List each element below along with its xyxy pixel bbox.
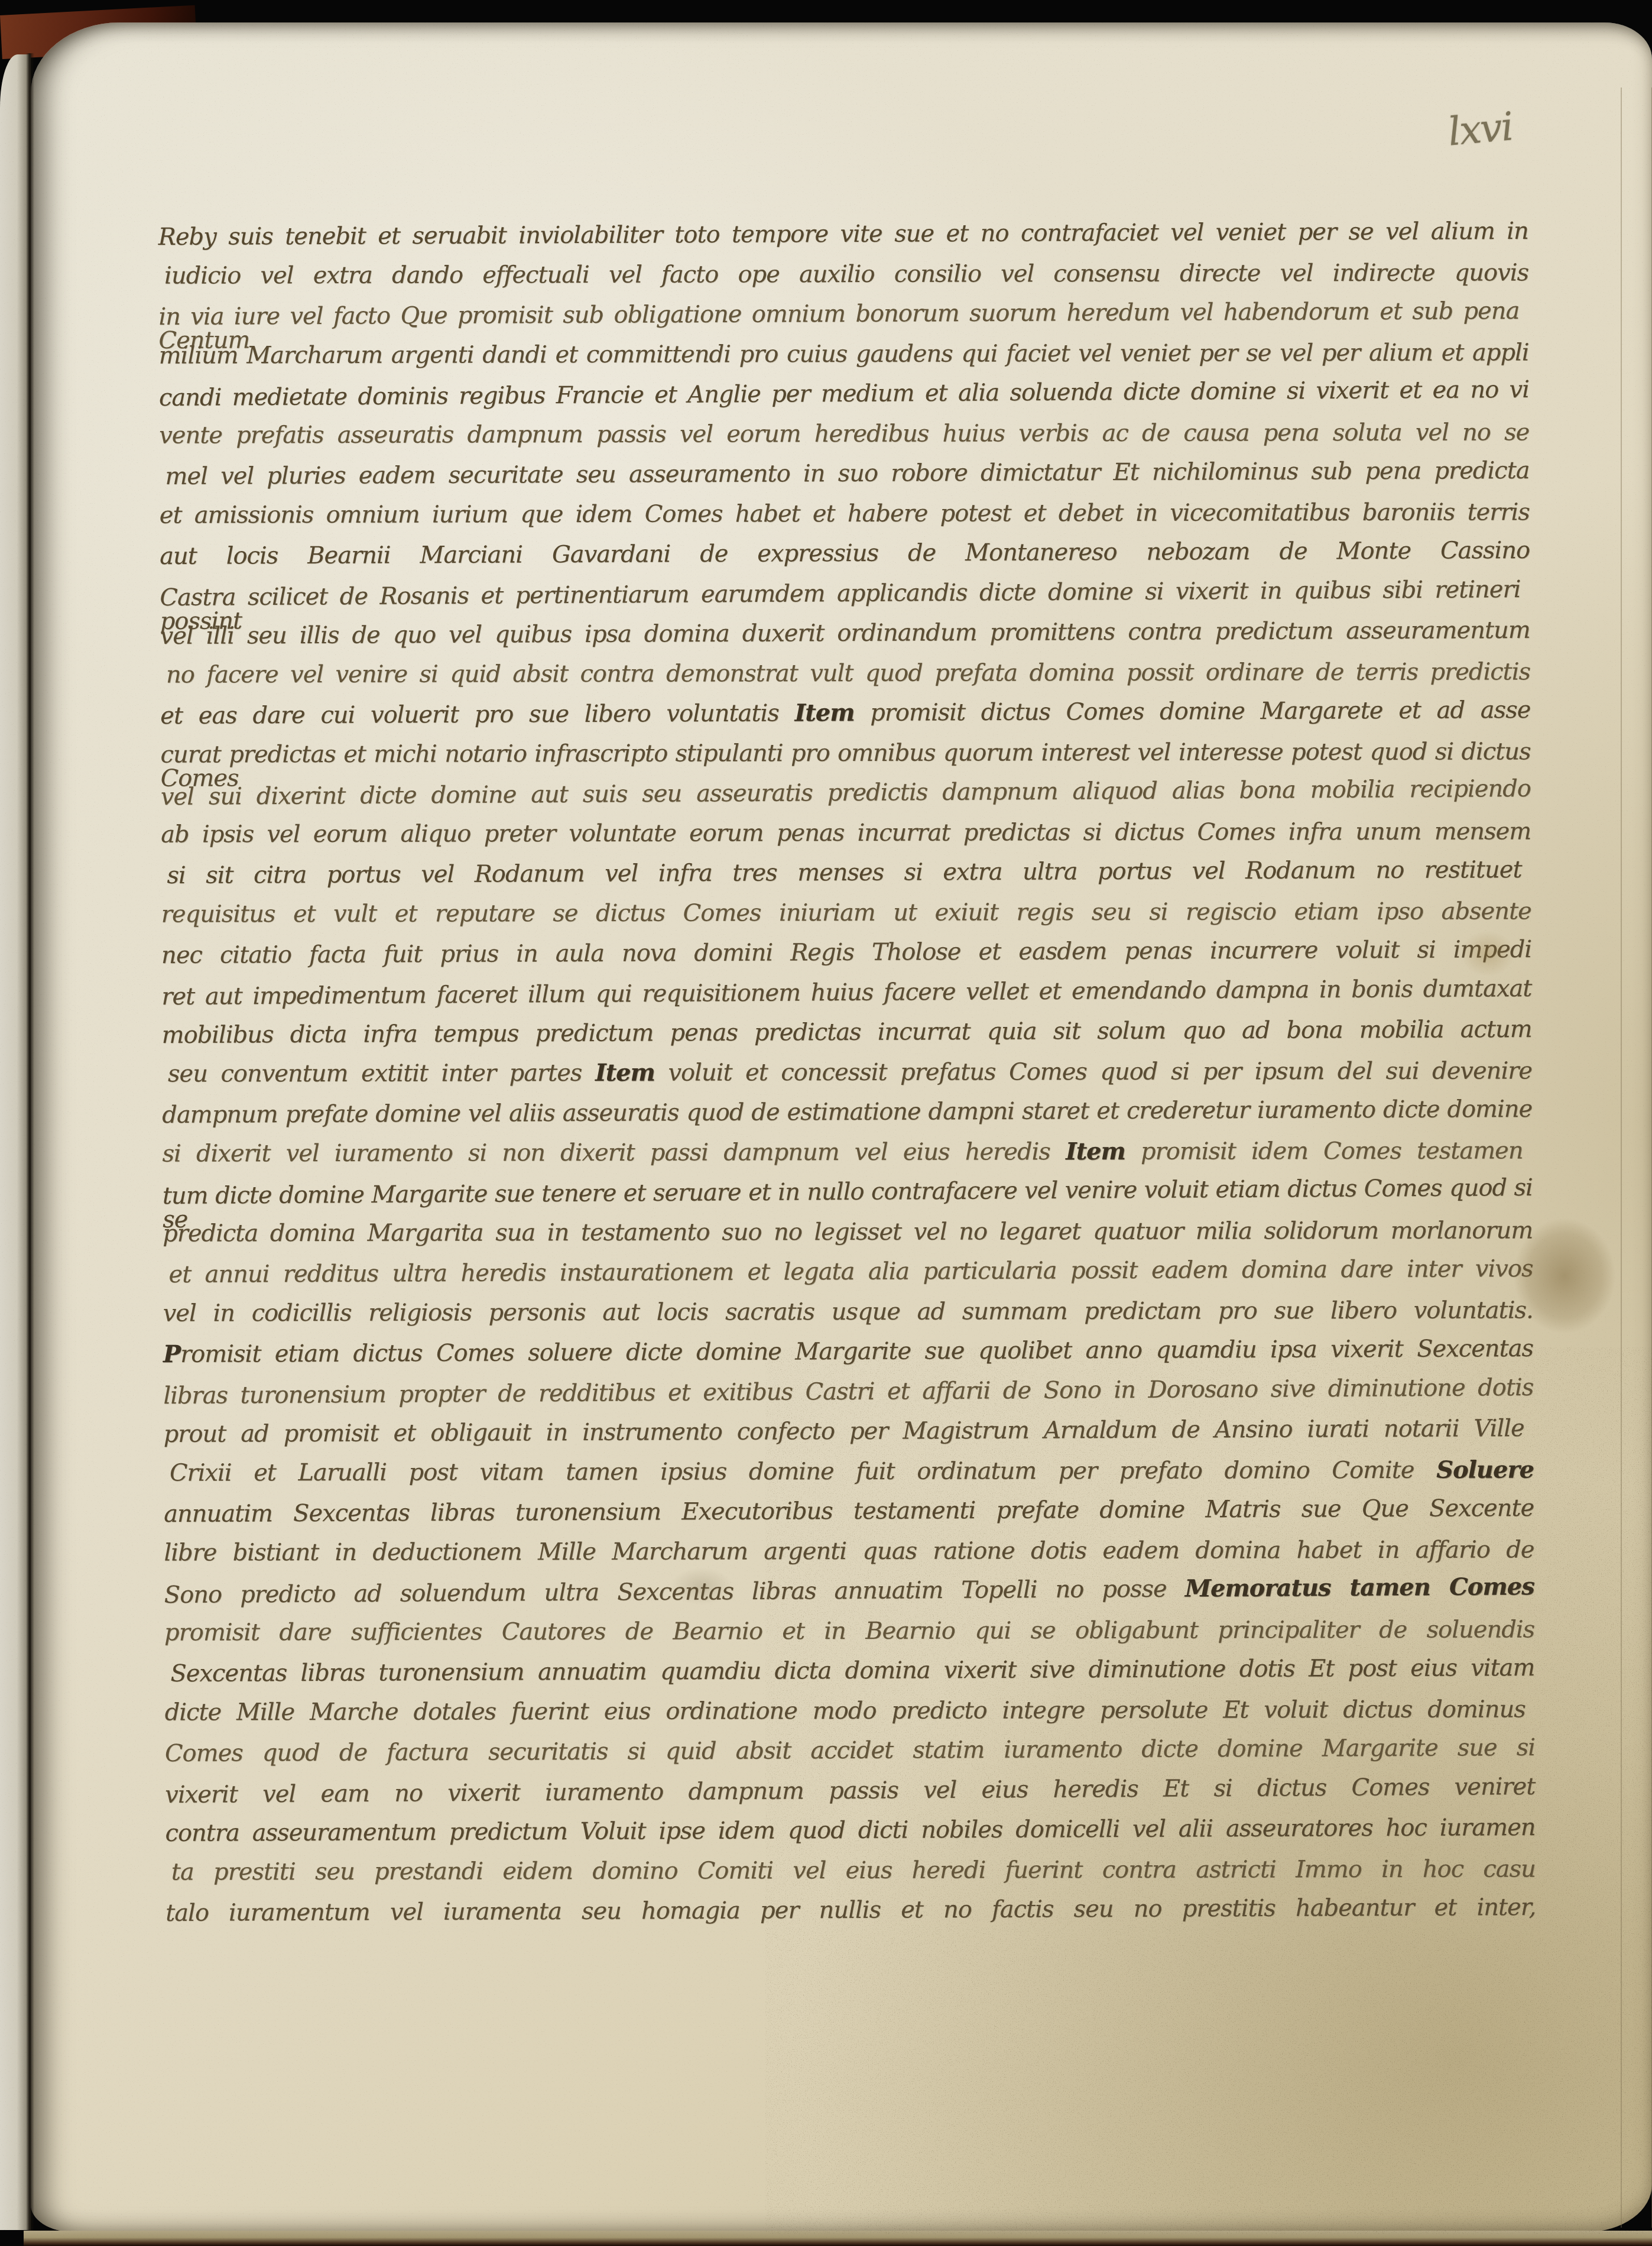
manuscript-text-block: Reby suis tenebit et seruabit inviolabil… <box>158 219 1536 1942</box>
manuscript-line: Crixii et Larualli post vitam tamen ipsi… <box>164 1458 1534 1485</box>
manuscript-bold-word: Soluere <box>1436 1456 1534 1483</box>
manuscript-text: et eas dare cui voluerit pro sue libero … <box>160 699 794 730</box>
manuscript-line: talo iuramentum vel iuramenta seu homagi… <box>165 1895 1536 1925</box>
manuscript-line: Sexcentas libras turonensium annuatim qu… <box>164 1656 1534 1686</box>
manuscript-text: mel vel pluries eadem securitate seu ass… <box>165 457 1529 490</box>
manuscript-line: mobilibus dicta infra tempus predictum p… <box>162 1017 1532 1047</box>
manuscript-text: iudicio vel extra dando effectuali vel f… <box>164 259 1528 289</box>
manuscript-text: mobilibus dicta infra tempus predictum p… <box>162 1016 1532 1049</box>
manuscript-text: Reby suis tenebit et seruabit inviolabil… <box>158 218 1528 251</box>
manuscript-text: requisitus et vult et reputare se dictus… <box>161 897 1531 928</box>
parchment-page: lxvi Reby suis tenebit et seruabit invio… <box>31 22 1652 2232</box>
manuscript-text: ta prestiti seu prestandi eidem domino C… <box>171 1855 1536 1885</box>
manuscript-line: et annui redditus ultra heredis instaura… <box>163 1257 1533 1286</box>
manuscript-line: ta prestiti seu prestandi eidem domino C… <box>165 1857 1536 1884</box>
manuscript-line: annuatim Sexcentas libras turonensium Ex… <box>164 1496 1534 1526</box>
manuscript-text: nec citatio facta fuit prius in aula nov… <box>161 936 1531 969</box>
manuscript-line: Reby suis tenebit et seruabit inviolabil… <box>158 219 1528 249</box>
manuscript-line: promisit dare sufficientes Cautores de B… <box>164 1618 1534 1644</box>
folio-number: lxvi <box>1446 103 1514 154</box>
manuscript-bold-word: Item <box>1066 1137 1125 1165</box>
manuscript-line: ret aut impedimentum faceret illum qui r… <box>161 976 1531 1008</box>
manuscript-line: dicte Mille Marche dotales fuerint eius … <box>165 1697 1535 1724</box>
manuscript-line: Comes quod de factura securitatis si qui… <box>165 1736 1535 1765</box>
manuscript-text: si dixerit vel iuramento si non dixerit … <box>162 1138 1065 1167</box>
manuscript-line: prout ad promisit et obligauit in instru… <box>164 1417 1534 1446</box>
manuscript-text: ab ipsis vel eorum aliquo preter volunta… <box>161 818 1531 848</box>
manuscript-line: Promisit etiam dictus Comes soluere dict… <box>163 1337 1533 1366</box>
manuscript-text: candi medietate dominis regibus Francie … <box>159 376 1529 411</box>
manuscript-text: annuatim Sexcentas libras turonensium Ex… <box>164 1495 1534 1528</box>
manuscript-line: vel sui dixerint dicte domine aut suis s… <box>161 777 1531 809</box>
manuscript-text: prout ad promisit et obligauit in instru… <box>164 1415 1524 1448</box>
manuscript-text: talo iuramentum vel iuramenta seu homagi… <box>165 1894 1536 1927</box>
manuscript-text: et annui redditus ultra heredis instaura… <box>168 1255 1533 1288</box>
manuscript-line: libras turonensium propter de redditibus… <box>163 1375 1533 1407</box>
manuscript-text: voluit et concessit prefatus Comes quod … <box>655 1057 1532 1086</box>
manuscript-line: vixerit vel eam no vixerit iuramento dam… <box>165 1774 1535 1806</box>
manuscript-line: in via iure vel facto Que promisit sub o… <box>158 299 1528 329</box>
manuscript-line: vel in codicillis religiosis personis au… <box>163 1298 1533 1325</box>
manuscript-photo: lxvi Reby suis tenebit et seruabit invio… <box>0 0 1652 2246</box>
manuscript-text: promisit dare sufficientes Cautores de B… <box>164 1616 1534 1646</box>
manuscript-line: milium Marcharum argenti dandi et commit… <box>159 341 1529 367</box>
manuscript-text: dampnum prefate domine vel aliis asseura… <box>162 1096 1532 1129</box>
manuscript-line: et amissionis omnium iurium que idem Com… <box>160 500 1530 527</box>
manuscript-line: contra asseuramentum predictum Voluit ip… <box>165 1816 1535 1845</box>
manuscript-line: candi medietate dominis regibus Francie … <box>159 378 1529 410</box>
manuscript-line: tum dicte domine Margarite sue tenere et… <box>163 1176 1533 1208</box>
manuscript-text: dicte Mille Marche dotales fuerint eius … <box>165 1696 1526 1726</box>
manuscript-bold-word: P <box>163 1340 180 1368</box>
manuscript-text: milium Marcharum argenti dandi et commit… <box>159 339 1529 369</box>
manuscript-line: vel illi seu illis de quo vel quibus ips… <box>160 618 1530 648</box>
manuscript-text: vente prefatis asseuratis dampnum passis… <box>159 419 1529 449</box>
manuscript-text: si sit citra portus vel Rodanum vel infr… <box>167 856 1521 889</box>
manuscript-bold-word: Item <box>595 1058 655 1086</box>
manuscript-line: no facere vel venire si quid absit contr… <box>160 660 1530 686</box>
manuscript-line: si dixerit vel iuramento si non dixerit … <box>162 1139 1532 1165</box>
manuscript-text: no facere vel venire si quid absit contr… <box>166 658 1530 688</box>
manuscript-text: Sexcentas libras turonensium annuatim qu… <box>170 1654 1534 1687</box>
manuscript-line: requisitus et vult et reputare se dictus… <box>161 899 1531 926</box>
manuscript-text: seu conventum extitit inter partes <box>168 1059 595 1087</box>
manuscript-bold-word: Memoratus tamen Comes <box>1184 1573 1534 1603</box>
margin-ruling-line <box>1621 87 1622 2228</box>
manuscript-line: aut locis Bearnii Marciani Gavardani de … <box>160 539 1530 568</box>
manuscript-text: Sono predicto ad soluendum ultra Sexcent… <box>164 1576 1185 1609</box>
manuscript-text: vel illi seu illis de quo vel quibus ips… <box>160 617 1530 650</box>
manuscript-text: promisit dictus Comes domine Margarete e… <box>854 696 1530 727</box>
manuscript-line: libre bistiant in deductionem Mille Marc… <box>164 1538 1534 1564</box>
manuscript-line: et eas dare cui voluerit pro sue libero … <box>160 698 1530 728</box>
manuscript-text: romisit etiam dictus Comes soluere dicte… <box>180 1335 1533 1368</box>
manuscript-text: contra asseuramentum predictum Voluit ip… <box>165 1814 1535 1847</box>
manuscript-text: libre bistiant in deductionem Mille Marc… <box>164 1536 1534 1566</box>
manuscript-line: predicta domina Margarita sua in testame… <box>163 1218 1533 1245</box>
manuscript-text: vixerit vel eam no vixerit iuramento dam… <box>165 1772 1535 1808</box>
manuscript-line: si sit citra portus vel Rodanum vel infr… <box>161 858 1531 887</box>
manuscript-line: iudicio vel extra dando effectuali vel f… <box>158 261 1528 287</box>
manuscript-text: libras turonensium propter de redditibus… <box>163 1373 1533 1409</box>
manuscript-text: vel in codicillis religiosis personis au… <box>163 1297 1533 1327</box>
manuscript-text: vel sui dixerint dicte domine aut suis s… <box>161 775 1531 811</box>
manuscript-bold-word: Item <box>794 699 854 727</box>
manuscript-text: et amissionis omnium iurium que idem Com… <box>160 498 1530 529</box>
manuscript-text: Crixii et Larualli post vitam tamen ipsi… <box>170 1456 1436 1486</box>
manuscript-text: predicta domina Margarita sua in testame… <box>163 1217 1533 1247</box>
manuscript-line: ab ipsis vel eorum aliquo preter volunta… <box>161 819 1531 846</box>
manuscript-text: aut locis Bearnii Marciani Gavardani de … <box>160 537 1530 570</box>
manuscript-line: curat predictas et michi notario infrasc… <box>161 740 1531 766</box>
manuscript-line: dampnum prefate domine vel aliis asseura… <box>162 1097 1532 1127</box>
manuscript-line: nec citatio facta fuit prius in aula nov… <box>161 938 1531 967</box>
manuscript-line: mel vel pluries eadem securitate seu ass… <box>159 459 1529 488</box>
manuscript-line: seu conventum extitit inter partes Item … <box>162 1059 1532 1085</box>
page-stack-edge <box>24 2231 1652 2246</box>
manuscript-text: promisit idem Comes testamen <box>1125 1137 1523 1165</box>
gutter-shadow <box>26 53 34 2235</box>
manuscript-text: Comes quod de factura securitatis si qui… <box>165 1734 1535 1767</box>
manuscript-line: Castra scilicet de Rosanis et pertinenti… <box>160 577 1530 609</box>
manuscript-line: vente prefatis asseuratis dampnum passis… <box>159 420 1529 447</box>
manuscript-line: Sono predicto ad soluendum ultra Sexcent… <box>164 1575 1534 1607</box>
manuscript-text: ret aut impedimentum faceret illum qui r… <box>161 974 1531 1010</box>
